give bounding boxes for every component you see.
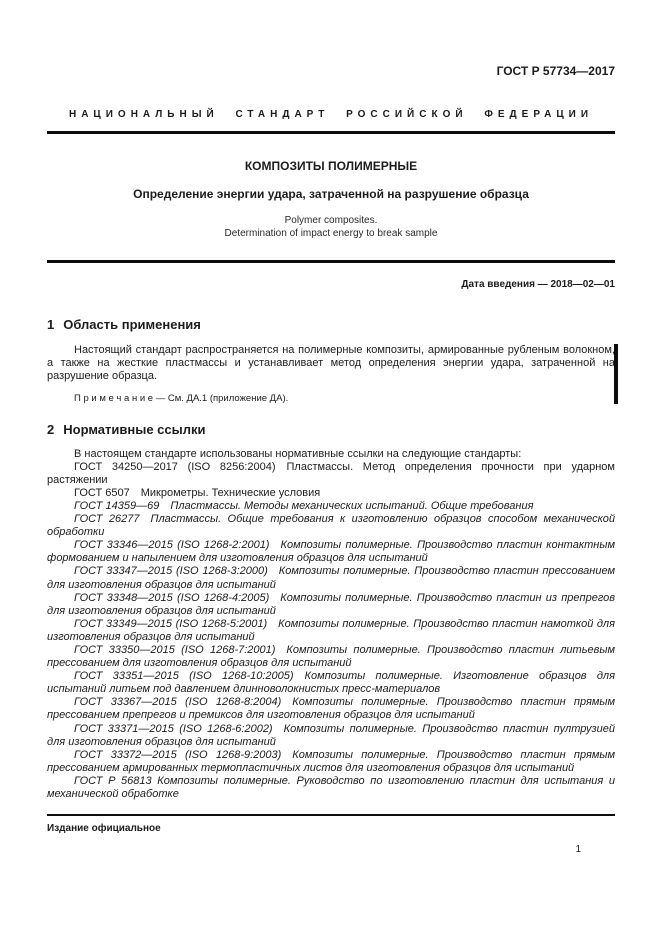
- english-title-line1: Polymer composites.: [47, 214, 615, 227]
- reference-item: ГОСТ 33372—2015 (ISO 1268-9:2003) Композ…: [47, 749, 615, 775]
- english-title-line2: Determination of impact energy to break …: [47, 227, 615, 240]
- reference-item: ГОСТ 33367—2015 (ISO 1268-8:2004) Композ…: [47, 696, 615, 722]
- section-2-title: Нормативные ссылки: [63, 422, 205, 437]
- reference-item: ГОСТ 6507 Микрометры. Технические услови…: [47, 487, 615, 500]
- change-marker-bar: [614, 344, 618, 404]
- reference-item: ГОСТ Р 56813 Композиты полимерные. Руков…: [47, 775, 615, 801]
- scope-note: П р и м е ч а н и е — См. ДА.1 (приложен…: [47, 393, 615, 405]
- standard-title: КОМПОЗИТЫ ПОЛИМЕРНЫЕ: [47, 159, 615, 173]
- section-1-title: Область применения: [63, 317, 201, 332]
- page-number: 1: [575, 844, 581, 856]
- section-2-number: 2: [47, 422, 54, 437]
- section-2-heading: 2Нормативные ссылки: [47, 422, 615, 438]
- header-rule: [47, 131, 615, 134]
- reference-item: ГОСТ 33346—2015 (ISO 1268-2:2001) Композ…: [47, 539, 615, 565]
- document-page: ГОСТ Р 57734—2017 НАЦИОНАЛЬНЫЙ СТАНДАРТ …: [0, 0, 661, 936]
- reference-item: ГОСТ 14359—69 Пластмассы. Методы механич…: [47, 500, 615, 513]
- federation-standard-title: НАЦИОНАЛЬНЫЙ СТАНДАРТ РОССИЙСКОЙ ФЕДЕРАЦ…: [47, 108, 615, 121]
- reference-item: ГОСТ 33347—2015 (ISO 1268-3:2000) Композ…: [47, 565, 615, 591]
- section-1-number: 1: [47, 317, 54, 332]
- reference-item: ГОСТ 33351—2015 (ISO 1268-10:2005) Компо…: [47, 670, 615, 696]
- references-intro: В настоящем стандарте использованы норма…: [47, 448, 615, 461]
- document-code: ГОСТ Р 57734—2017: [47, 64, 615, 78]
- edition-note: Издание официальное: [47, 822, 161, 835]
- footer-rule: [47, 814, 615, 816]
- reference-item: ГОСТ 33350—2015 (ISO 1268-7:2001) Композ…: [47, 644, 615, 670]
- effective-date: Дата введения — 2018—02—01: [47, 278, 615, 291]
- reference-item: ГОСТ 33348—2015 (ISO 1268-4:2005) Композ…: [47, 592, 615, 618]
- references-list: В настоящем стандарте использованы норма…: [47, 448, 615, 802]
- page-content: ГОСТ Р 57734—2017 НАЦИОНАЛЬНЫЙ СТАНДАРТ …: [47, 0, 615, 801]
- scope-paragraph: Настоящий стандарт распространяется на п…: [47, 344, 615, 384]
- reference-item: ГОСТ 33349—2015 (ISO 1268-5:2001) Композ…: [47, 618, 615, 644]
- standard-title-english: Polymer composites. Determination of imp…: [47, 214, 615, 240]
- standard-subtitle: Определение энергии удара, затраченной н…: [47, 187, 615, 201]
- section-1-heading: 1Область применения: [47, 317, 615, 333]
- reference-item: ГОСТ 34250—2017 (ISO 8256:2004) Пластмас…: [47, 461, 615, 487]
- reference-item: ГОСТ 33371—2015 (ISO 1268-6:2002) Композ…: [47, 723, 615, 749]
- reference-item: ГОСТ 26277 Пластмассы. Общие требования …: [47, 513, 615, 539]
- title-rule: [47, 260, 615, 263]
